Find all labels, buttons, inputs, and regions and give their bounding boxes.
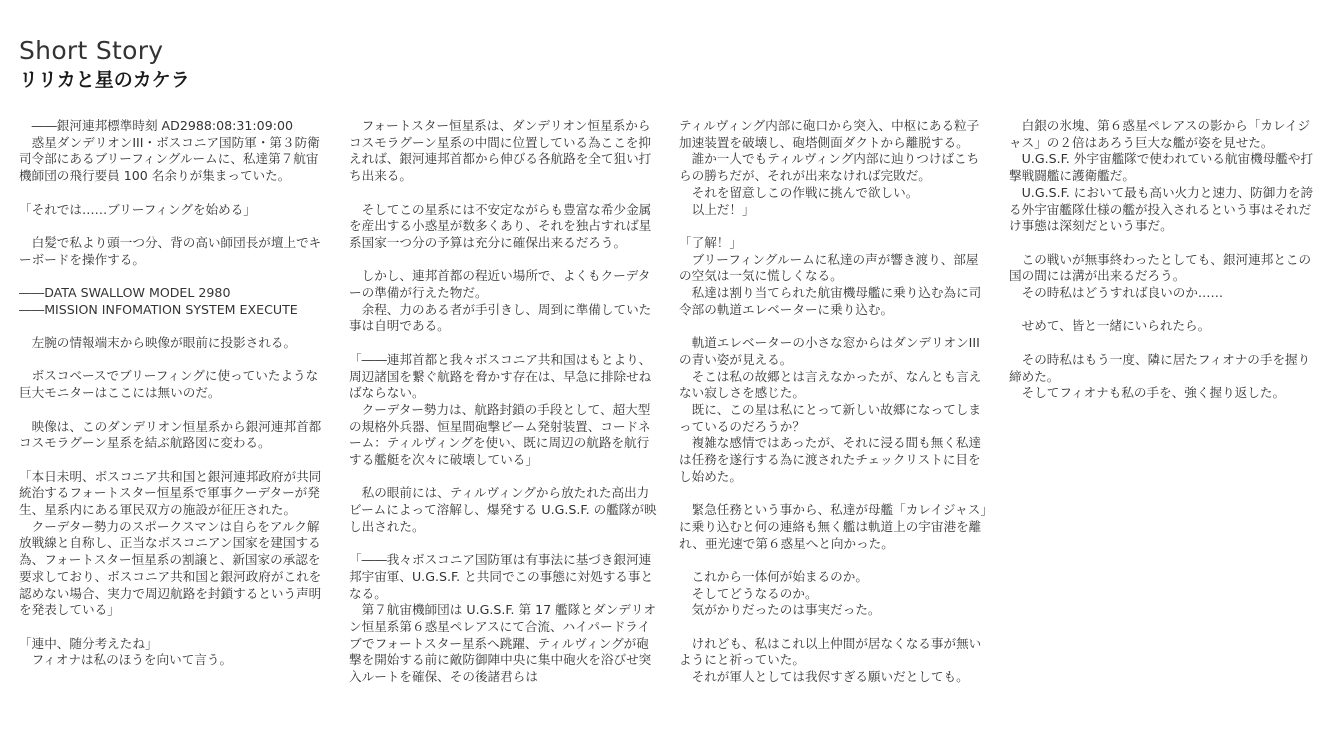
story-paragraph: 軌道エレベーターの小さな窓からはダンデリオンIIIの青い姿が見える。 xyxy=(679,335,989,368)
story-paragraph: そしてフィオナも私の手を、強く握り返した。 xyxy=(1009,385,1319,402)
paragraph-gap xyxy=(1009,335,1319,352)
story-paragraph: 「――連邦首都と我々ボスコニア共和国はもとより、周辺諸国を繋ぐ航路を脅かす存在は… xyxy=(349,352,659,402)
story-paragraph: 「連中、随分考えたね」 xyxy=(19,636,329,653)
story-paragraph: フィオナは私のほうを向いて言う。 xyxy=(19,652,329,669)
story-paragraph: 余程、力のある者が手引きし、周到に準備していた事は自明である。 xyxy=(349,302,659,335)
story-paragraph: 緊急任務という事から、私達が母艦「カレイジャス」に乗り込むと何の連絡も無く艦は軌… xyxy=(679,502,989,552)
story-paragraph: その時私はどうすれば良いのか…… xyxy=(1009,285,1319,302)
story-paragraph: これから一体何が始まるのか。 xyxy=(679,569,989,586)
story-paragraph: ティルヴィング内部に砲口から突入、中枢にある粒子加速装置を破壊し、砲塔側面ダクト… xyxy=(679,118,989,151)
story-paragraph: しかし、連邦首都の程近い場所で、よくもクーデターの準備が行えた物だ。 xyxy=(349,268,659,301)
paragraph-gap xyxy=(679,619,989,636)
paragraph-gap xyxy=(349,335,659,352)
story-paragraph: 惑星ダンデリオンIII・ボスコニア国防軍・第３防衛司令部にあるブリーフィングルー… xyxy=(19,135,329,185)
paragraph-gap xyxy=(349,252,659,269)
story-paragraph: この戦いが無事終わったとしても、銀河連邦とこの国の間には溝が出来るだろう。 xyxy=(1009,252,1319,285)
story-paragraph: そしてこの星系には不安定ながらも豊富な希少金属を産出する小惑星が数多くあり、それ… xyxy=(349,202,659,252)
story-paragraph: ブリーフィングルームに私達の声が響き渡り、部屋の空気は一気に慌しくなる。 xyxy=(679,252,989,285)
story-paragraph: そしてどうなるのか。 xyxy=(679,586,989,603)
story-paragraph: 白銀の氷塊、第６惑星ペレアスの影から「カレイジャス」の２倍はあろう巨大な艦が姿を… xyxy=(1009,118,1319,151)
story-paragraph: そこは私の故郷とは言えなかったが、なんとも言えない寂しさを感じた。 xyxy=(679,369,989,402)
story-paragraph: それを留意しこの作戦に挑んで欲しい。 xyxy=(679,185,989,202)
story-paragraph: クーデター勢力のスポークスマンは自らをアルク解放戦線と自称し、正当なボスコニアン… xyxy=(19,519,329,619)
story-paragraph: 気がかりだったのは事実だった。 xyxy=(679,602,989,619)
story-paragraph: U.G.S.F. において最も高い火力と速力、防御力を誇る外宇宙艦隊仕様の艦が投… xyxy=(1009,185,1319,235)
paragraph-gap xyxy=(19,218,329,235)
story-paragraph: フォートスター恒星系は、ダンデリオン恒星系からコスモラグーン星系の中間に位置して… xyxy=(349,118,659,185)
section-label: Short Story xyxy=(19,36,190,66)
story-paragraph: ボスコベースでブリーフィングに使っていたような巨大モニターはここには無いのだ。 xyxy=(19,368,329,401)
paragraph-gap xyxy=(679,318,989,335)
story-paragraph: 私の眼前には、ティルヴィングから放たれた高出力ビームによって溶解し、爆発する U… xyxy=(349,485,659,535)
story-paragraph: ――銀河連邦標準時刻 AD2988:08:31:09:00 xyxy=(19,118,329,135)
story-body: ――銀河連邦標準時刻 AD2988:08:31:09:00 惑星ダンデリオンII… xyxy=(19,118,1319,738)
text-column-1: ――銀河連邦標準時刻 AD2988:08:31:09:00 惑星ダンデリオンII… xyxy=(19,118,329,669)
story-paragraph: 私達は割り当てられた航宙機母艦に乗り込む為に司令部の軌道エレベーターに乗り込む。 xyxy=(679,285,989,318)
story-paragraph: ――MISSION INFOMATION SYSTEM EXECUTE xyxy=(19,302,329,319)
story-paragraph: 「――我々ボスコニア国防軍は有事法に基づき銀河連邦宇宙軍、U.G.S.F. と共… xyxy=(349,552,659,602)
page-header: Short Story リリカと星のカケラ xyxy=(19,36,190,93)
story-paragraph: 「本日未明、ボスコニア共和国と銀河連邦政府が共同統治するフォートスター恒星系で軍… xyxy=(19,469,329,519)
story-paragraph: 「それでは……ブリーフィングを始める」 xyxy=(19,202,329,219)
paragraph-gap xyxy=(19,452,329,469)
text-column-4: 白銀の氷塊、第６惑星ペレアスの影から「カレイジャス」の２倍はあろう巨大な艦が姿を… xyxy=(1009,118,1319,402)
paragraph-gap xyxy=(19,352,329,369)
story-paragraph: 第７航宙機師団は U.G.S.F. 第 17 艦隊とダンデリオン恒星系第６惑星ペ… xyxy=(349,602,659,686)
paragraph-gap xyxy=(19,268,329,285)
story-paragraph: ――DATA SWALLOW MODEL 2980 xyxy=(19,285,329,302)
story-paragraph: 誰か一人でもティルヴィング内部に辿りつけばこちらの勝ちだが、それが出来なければ完… xyxy=(679,151,989,184)
paragraph-gap xyxy=(679,218,989,235)
story-paragraph: 白髪で私より頭一つ分、背の高い師団長が壇上でキーボードを操作する。 xyxy=(19,235,329,268)
paragraph-gap xyxy=(679,552,989,569)
paragraph-gap xyxy=(19,318,329,335)
story-paragraph: クーデター勢力は、航路封鎖の手段として、超大型の規格外兵器、恒星間砲撃ビーム発射… xyxy=(349,402,659,469)
paragraph-gap xyxy=(349,469,659,486)
paragraph-gap xyxy=(349,185,659,202)
paragraph-gap xyxy=(679,485,989,502)
paragraph-gap xyxy=(349,536,659,553)
story-paragraph: 映像は、このダンデリオン恒星系から銀河連邦首都コスモラグーン星系を結ぶ航路図に変… xyxy=(19,419,329,452)
story-paragraph: 左腕の情報端末から映像が眼前に投影される。 xyxy=(19,335,329,352)
paragraph-gap xyxy=(19,185,329,202)
story-paragraph: 以上だ！」 xyxy=(679,202,989,219)
text-column-2: フォートスター恒星系は、ダンデリオン恒星系からコスモラグーン星系の中間に位置して… xyxy=(349,118,659,686)
story-paragraph: 複雑な感情ではあったが、それに浸る間も無く私達は任務を遂行する為に渡されたチェッ… xyxy=(679,435,989,485)
story-paragraph: それが軍人としては我侭すぎる願いだとしても。 xyxy=(679,669,989,686)
story-paragraph: 既に、この星は私にとって新しい故郷になってしまっているのだろうか？ xyxy=(679,402,989,435)
story-paragraph: せめて、皆と一緒にいられたら。 xyxy=(1009,318,1319,335)
paragraph-gap xyxy=(19,619,329,636)
paragraph-gap xyxy=(1009,235,1319,252)
text-column-3: ティルヴィング内部に砲口から突入、中枢にある粒子加速装置を破壊し、砲塔側面ダクト… xyxy=(679,118,989,686)
story-paragraph: その時私はもう一度、隣に居たフィオナの手を握り締めた。 xyxy=(1009,352,1319,385)
story-title: リリカと星のカケラ xyxy=(19,67,190,93)
story-paragraph: 「了解！」 xyxy=(679,235,989,252)
story-paragraph: U.G.S.F. 外宇宙艦隊で使われている航宙機母艦や打撃戦闘艦に護衛艦だ。 xyxy=(1009,151,1319,184)
paragraph-gap xyxy=(19,402,329,419)
paragraph-gap xyxy=(1009,302,1319,319)
story-paragraph: けれども、私はこれ以上仲間が居なくなる事が無いようにと祈っていた。 xyxy=(679,636,989,669)
